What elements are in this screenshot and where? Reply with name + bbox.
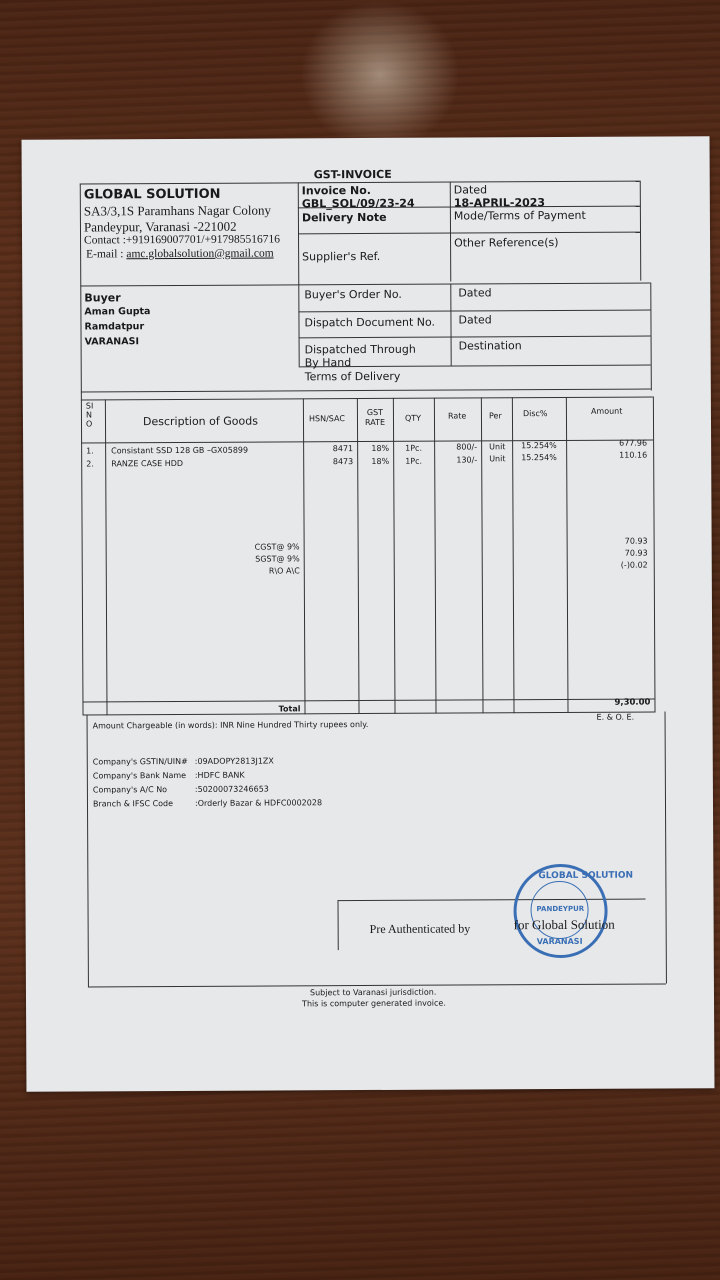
- jurisdiction-note: Subject to Varanasi jurisdiction.: [310, 988, 436, 998]
- header-rate: Rate: [448, 411, 466, 420]
- for-company-signature: for Global Solution: [514, 917, 615, 934]
- company-email-link[interactable]: amc.globalsolution@gmail.com: [126, 247, 273, 260]
- buyer-name: Aman Gupta: [84, 306, 150, 317]
- header-amount: Amount: [591, 407, 622, 416]
- dispatched-through-label: Dispatched Through: [305, 343, 416, 357]
- pre-authenticated-label: Pre Authenticated by: [370, 921, 471, 937]
- buyer-city: VARANASI: [85, 336, 139, 347]
- terms-delivery-label: Terms of Delivery: [305, 370, 401, 384]
- dated-label: Dated: [454, 183, 487, 196]
- buyers-order-label: Buyer's Order No.: [304, 288, 402, 302]
- buyers-order-dated-label: Dated: [458, 286, 491, 299]
- amount-in-words: Amount Chargeable (in words): INR Nine H…: [93, 720, 369, 730]
- dispatch-doc-dated-label: Dated: [458, 313, 491, 326]
- invoice-paper: GST-INVOICE GLOBAL SOLUTION SA3/3,1S Par…: [22, 136, 715, 1092]
- company-address-line1: SA3/3,1S Paramhans Nagar Colony: [84, 203, 271, 220]
- suppliers-ref-label: Supplier's Ref.: [302, 250, 380, 263]
- total-label: Total: [224, 704, 300, 713]
- light-glare: [300, 0, 460, 150]
- company-stamp: GLOBAL SOLUTION PANDEYPUR VARANASI: [513, 864, 607, 958]
- header-qty: QTY: [405, 414, 421, 423]
- invoice-no-value: GBL_SOL/09/23-24: [302, 197, 415, 211]
- invoice-title: GST-INVOICE: [314, 168, 392, 181]
- dispatch-doc-label: Dispatch Document No.: [304, 316, 435, 330]
- email-label: E-mail :: [86, 248, 126, 260]
- header-description: Description of Goods: [143, 415, 258, 429]
- other-ref-label: Other Reference(s): [454, 236, 559, 250]
- buyer-address: Ramdatpur: [84, 321, 144, 332]
- header-gst-rate: GSTRATE: [365, 408, 385, 428]
- invoice-no-label: Invoice No.: [302, 184, 371, 197]
- delivery-note-label: Delivery Note: [302, 211, 387, 224]
- dated-value: 18-APRIL-2023: [454, 196, 545, 209]
- eoe-note: E. & O. E.: [597, 713, 635, 722]
- company-contact: Contact :+919169007701/+917985516716: [84, 233, 280, 246]
- destination-label: Destination: [459, 339, 522, 352]
- dispatched-through-value: By Hand: [305, 356, 352, 369]
- total-value: 9,30.00: [584, 698, 650, 708]
- company-email-row: E-mail : amc.globalsolution@gmail.com: [86, 247, 274, 260]
- computer-generated-note: This is computer generated invoice.: [302, 999, 446, 1009]
- company-name: GLOBAL SOLUTION: [84, 187, 221, 203]
- header-hsn: HSN/SAC: [309, 414, 345, 423]
- header-disc: Disc%: [523, 409, 548, 418]
- header-per: Per: [489, 411, 502, 420]
- mode-terms-label: Mode/Terms of Payment: [454, 209, 586, 223]
- header-sl-no: SINO: [86, 401, 94, 428]
- buyer-label: Buyer: [84, 291, 120, 304]
